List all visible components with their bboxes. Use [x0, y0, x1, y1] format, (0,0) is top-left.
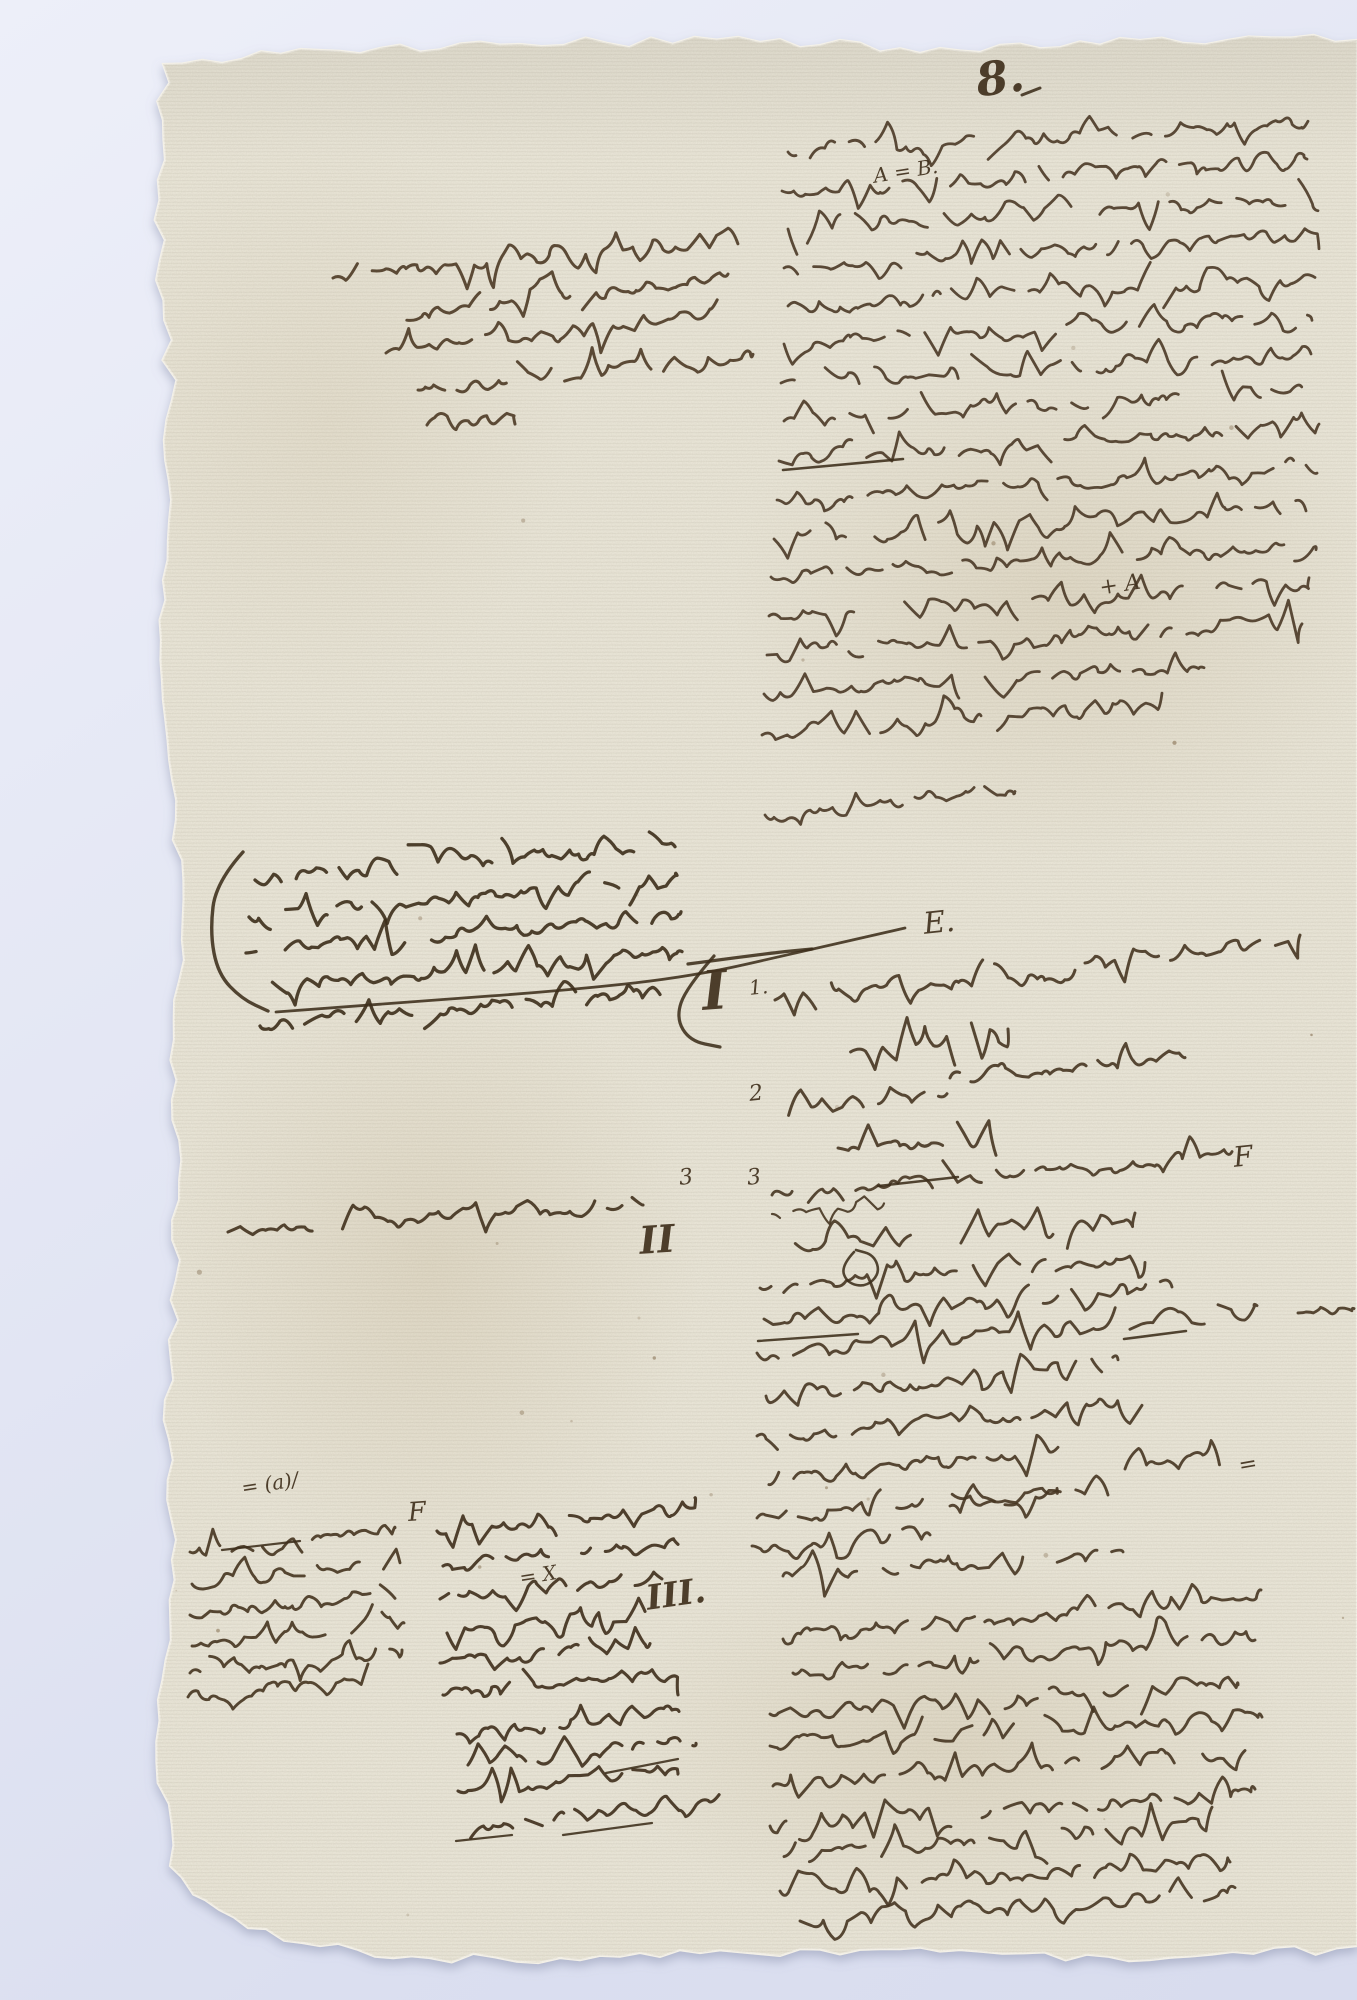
- manuscript-page-svg: [0, 0, 1357, 2000]
- paper-stain: [160, 960, 700, 1580]
- manuscript-scan: 8.A = B.+ AE.I1.233IIFIII.F= (a)/= X=: [0, 0, 1357, 2000]
